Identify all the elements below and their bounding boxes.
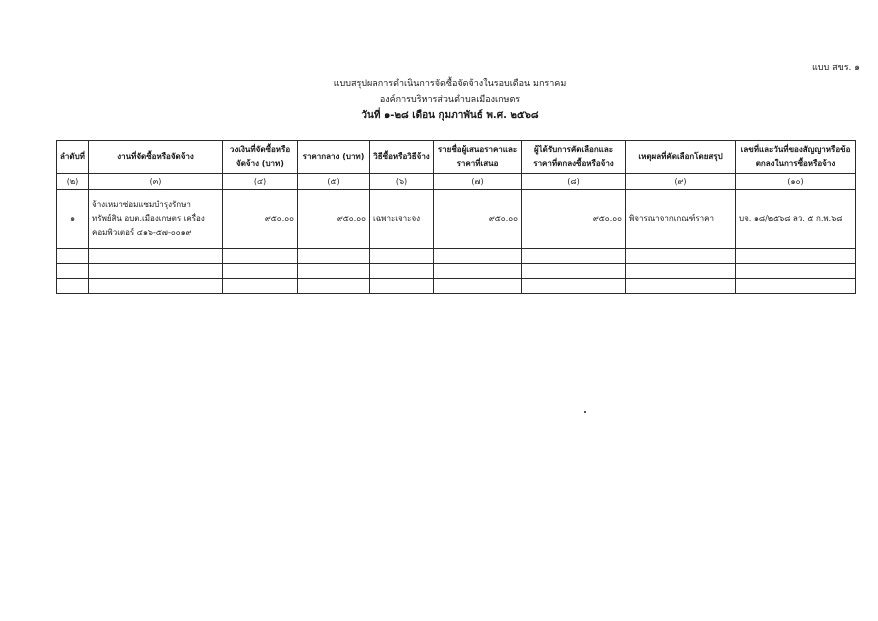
selected-price: ๙๕๐.๐๐ xyxy=(522,190,626,249)
header-cell: ลำดับที่ xyxy=(57,141,89,174)
header-cell: เลขที่และวันที่ของสัญญาหรือข้อตกลงในการซ… xyxy=(736,141,856,174)
header-cell: เหตุผลที่คัดเลือกโดยสรุป xyxy=(626,141,736,174)
column-number: (๙) xyxy=(626,174,736,190)
header-row: ลำดับที่ งานที่จัดซื้อหรือจัดจ้าง วงเงิน… xyxy=(57,141,856,174)
procurement-method: เฉพาะเจาะจง xyxy=(370,190,434,249)
column-number-row: (๒) (๓) (๔) (๕) (๖) (๗) (๘) (๙) (๑๐) xyxy=(57,174,856,190)
procurement-item: จ้างเหมาซ่อมแซมบำรุงรักษาทรัพย์สิน อบต.เ… xyxy=(89,190,223,249)
scan-speck xyxy=(584,411,586,413)
empty-row xyxy=(57,249,856,264)
header-cell: วิธีซื้อหรือวิธีจ้าง xyxy=(370,141,434,174)
budget-amount: ๙๕๐.๐๐ xyxy=(223,190,298,249)
row-number: ๑ xyxy=(57,190,89,249)
title-line-1: แบบสรุปผลการดำเนินการจัดซื้อจัดจ้างในรอบ… xyxy=(250,76,650,92)
column-number: (๔) xyxy=(223,174,298,190)
column-number: (๕) xyxy=(298,174,370,190)
column-number: (๗) xyxy=(434,174,522,190)
column-number: (๑๐) xyxy=(736,174,856,190)
title-line-3: วันที่ ๑-๒๘ เดือน กุมภาพันธ์ พ.ศ. ๒๕๖๘ xyxy=(250,108,650,124)
document-title-block: แบบสรุปผลการดำเนินการจัดซื้อจัดจ้างในรอบ… xyxy=(250,76,650,124)
column-number: (๓) xyxy=(89,174,223,190)
title-line-2: องค์การบริหารส่วนตำบลเมืองเกษตร xyxy=(250,92,650,108)
bidders-price: ๙๕๐.๐๐ xyxy=(434,190,522,249)
header-cell: วงเงินที่จัดซื้อหรือจัดจ้าง (บาท) xyxy=(223,141,298,174)
header-cell: งานที่จัดซื้อหรือจัดจ้าง xyxy=(89,141,223,174)
column-number: (๒) xyxy=(57,174,89,190)
header-cell: รายชื่อผู้เสนอราคาและราคาที่เสนอ xyxy=(434,141,522,174)
table-row: ๑ จ้างเหมาซ่อมแซมบำรุงรักษาทรัพย์สิน อบต… xyxy=(57,190,856,249)
contract-reference: บจ. ๑๘/๒๕๖๘ ลว. ๕ ก.พ.๖๘ xyxy=(736,190,856,249)
header-cell: ราคากลาง (บาท) xyxy=(298,141,370,174)
empty-row xyxy=(57,264,856,279)
form-code: แบบ สขร. ๑ xyxy=(790,60,860,74)
empty-row xyxy=(57,279,856,294)
selection-reason: พิจารณาจากเกณฑ์ราคา xyxy=(626,190,736,249)
header-cell: ผู้ได้รับการคัดเลือกและราคาที่ตกลงซื้อหร… xyxy=(522,141,626,174)
median-price: ๙๕๐.๐๐ xyxy=(298,190,370,249)
column-number: (๘) xyxy=(522,174,626,190)
column-number: (๖) xyxy=(370,174,434,190)
procurement-summary-table: ลำดับที่ งานที่จัดซื้อหรือจัดจ้าง วงเงิน… xyxy=(56,140,856,294)
